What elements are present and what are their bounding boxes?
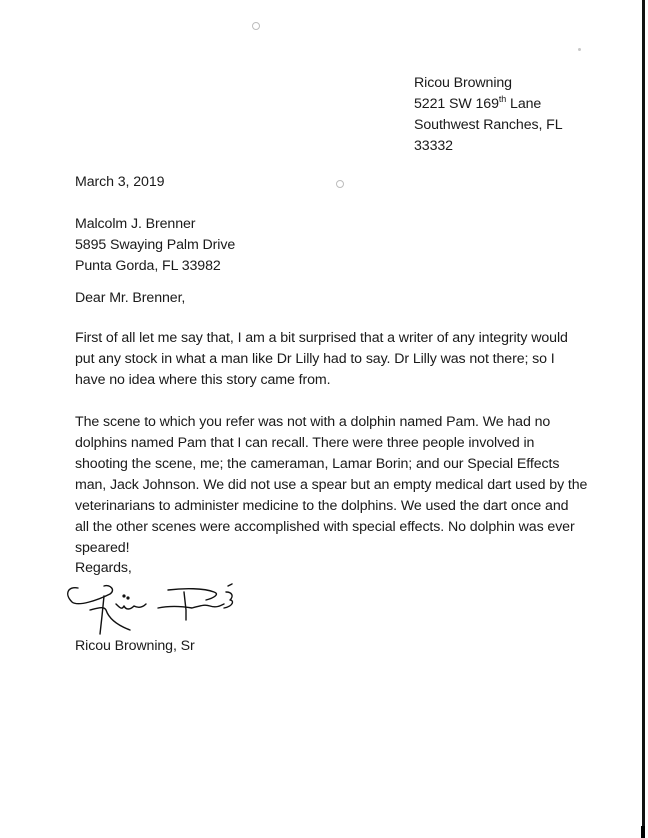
- salutation: Dear Mr. Brenner,: [75, 288, 185, 309]
- recipient-city-state-zip: Punta Gorda, FL 33982: [75, 256, 235, 277]
- sender-name: Ricou Browning: [414, 73, 563, 94]
- scan-speck: [336, 180, 344, 188]
- recipient-address: Malcolm J. Brenner 5895 Swaying Palm Dri…: [75, 214, 235, 277]
- sender-city-state: Southwest Ranches, FL: [414, 115, 563, 136]
- paragraph-line: shooting the scene, me; the cameraman, L…: [75, 454, 587, 475]
- paragraph-line: put any stock in what a man like Dr Lill…: [75, 349, 568, 370]
- paragraph-line: have no idea where this story came from.: [75, 370, 568, 391]
- sender-address: Ricou Browning 5221 SW 169th Lane Southw…: [414, 73, 563, 157]
- body-paragraph-1: First of all let me say that, I am a bit…: [75, 328, 568, 391]
- paragraph-line: First of all let me say that, I am a bit…: [75, 328, 568, 349]
- sender-street: 5221 SW 169th Lane: [414, 94, 563, 115]
- letter-date: March 3, 2019: [75, 172, 164, 193]
- scan-dot: [578, 48, 581, 51]
- letter-page: Ricou Browning 5221 SW 169th Lane Southw…: [0, 0, 645, 838]
- paragraph-line: The scene to which you refer was not wit…: [75, 412, 587, 433]
- signature-icon: [64, 580, 254, 640]
- sender-street-number: 5221 SW 169: [414, 96, 499, 112]
- scan-speck: [252, 22, 260, 30]
- paragraph-line: all the other scenes were accomplished w…: [75, 517, 587, 538]
- paragraph-line: man, Jack Johnson. We did not use a spea…: [75, 475, 587, 496]
- scan-edge: [642, 0, 645, 838]
- sender-zip: 33332: [414, 136, 563, 157]
- signer-name: Ricou Browning, Sr: [75, 636, 195, 657]
- recipient-name: Malcolm J. Brenner: [75, 214, 235, 235]
- body-paragraph-2: The scene to which you refer was not wit…: [75, 412, 587, 559]
- paragraph-line: speared!: [75, 538, 587, 559]
- recipient-street: 5895 Swaying Palm Drive: [75, 235, 235, 256]
- paragraph-line: dolphins named Pam that I can recall. Th…: [75, 433, 587, 454]
- paragraph-line: veterinarians to administer medicine to …: [75, 496, 587, 517]
- closing: Regards,: [75, 558, 132, 579]
- scan-edge-mark: [641, 826, 645, 838]
- sender-street-rest: Lane: [506, 96, 541, 112]
